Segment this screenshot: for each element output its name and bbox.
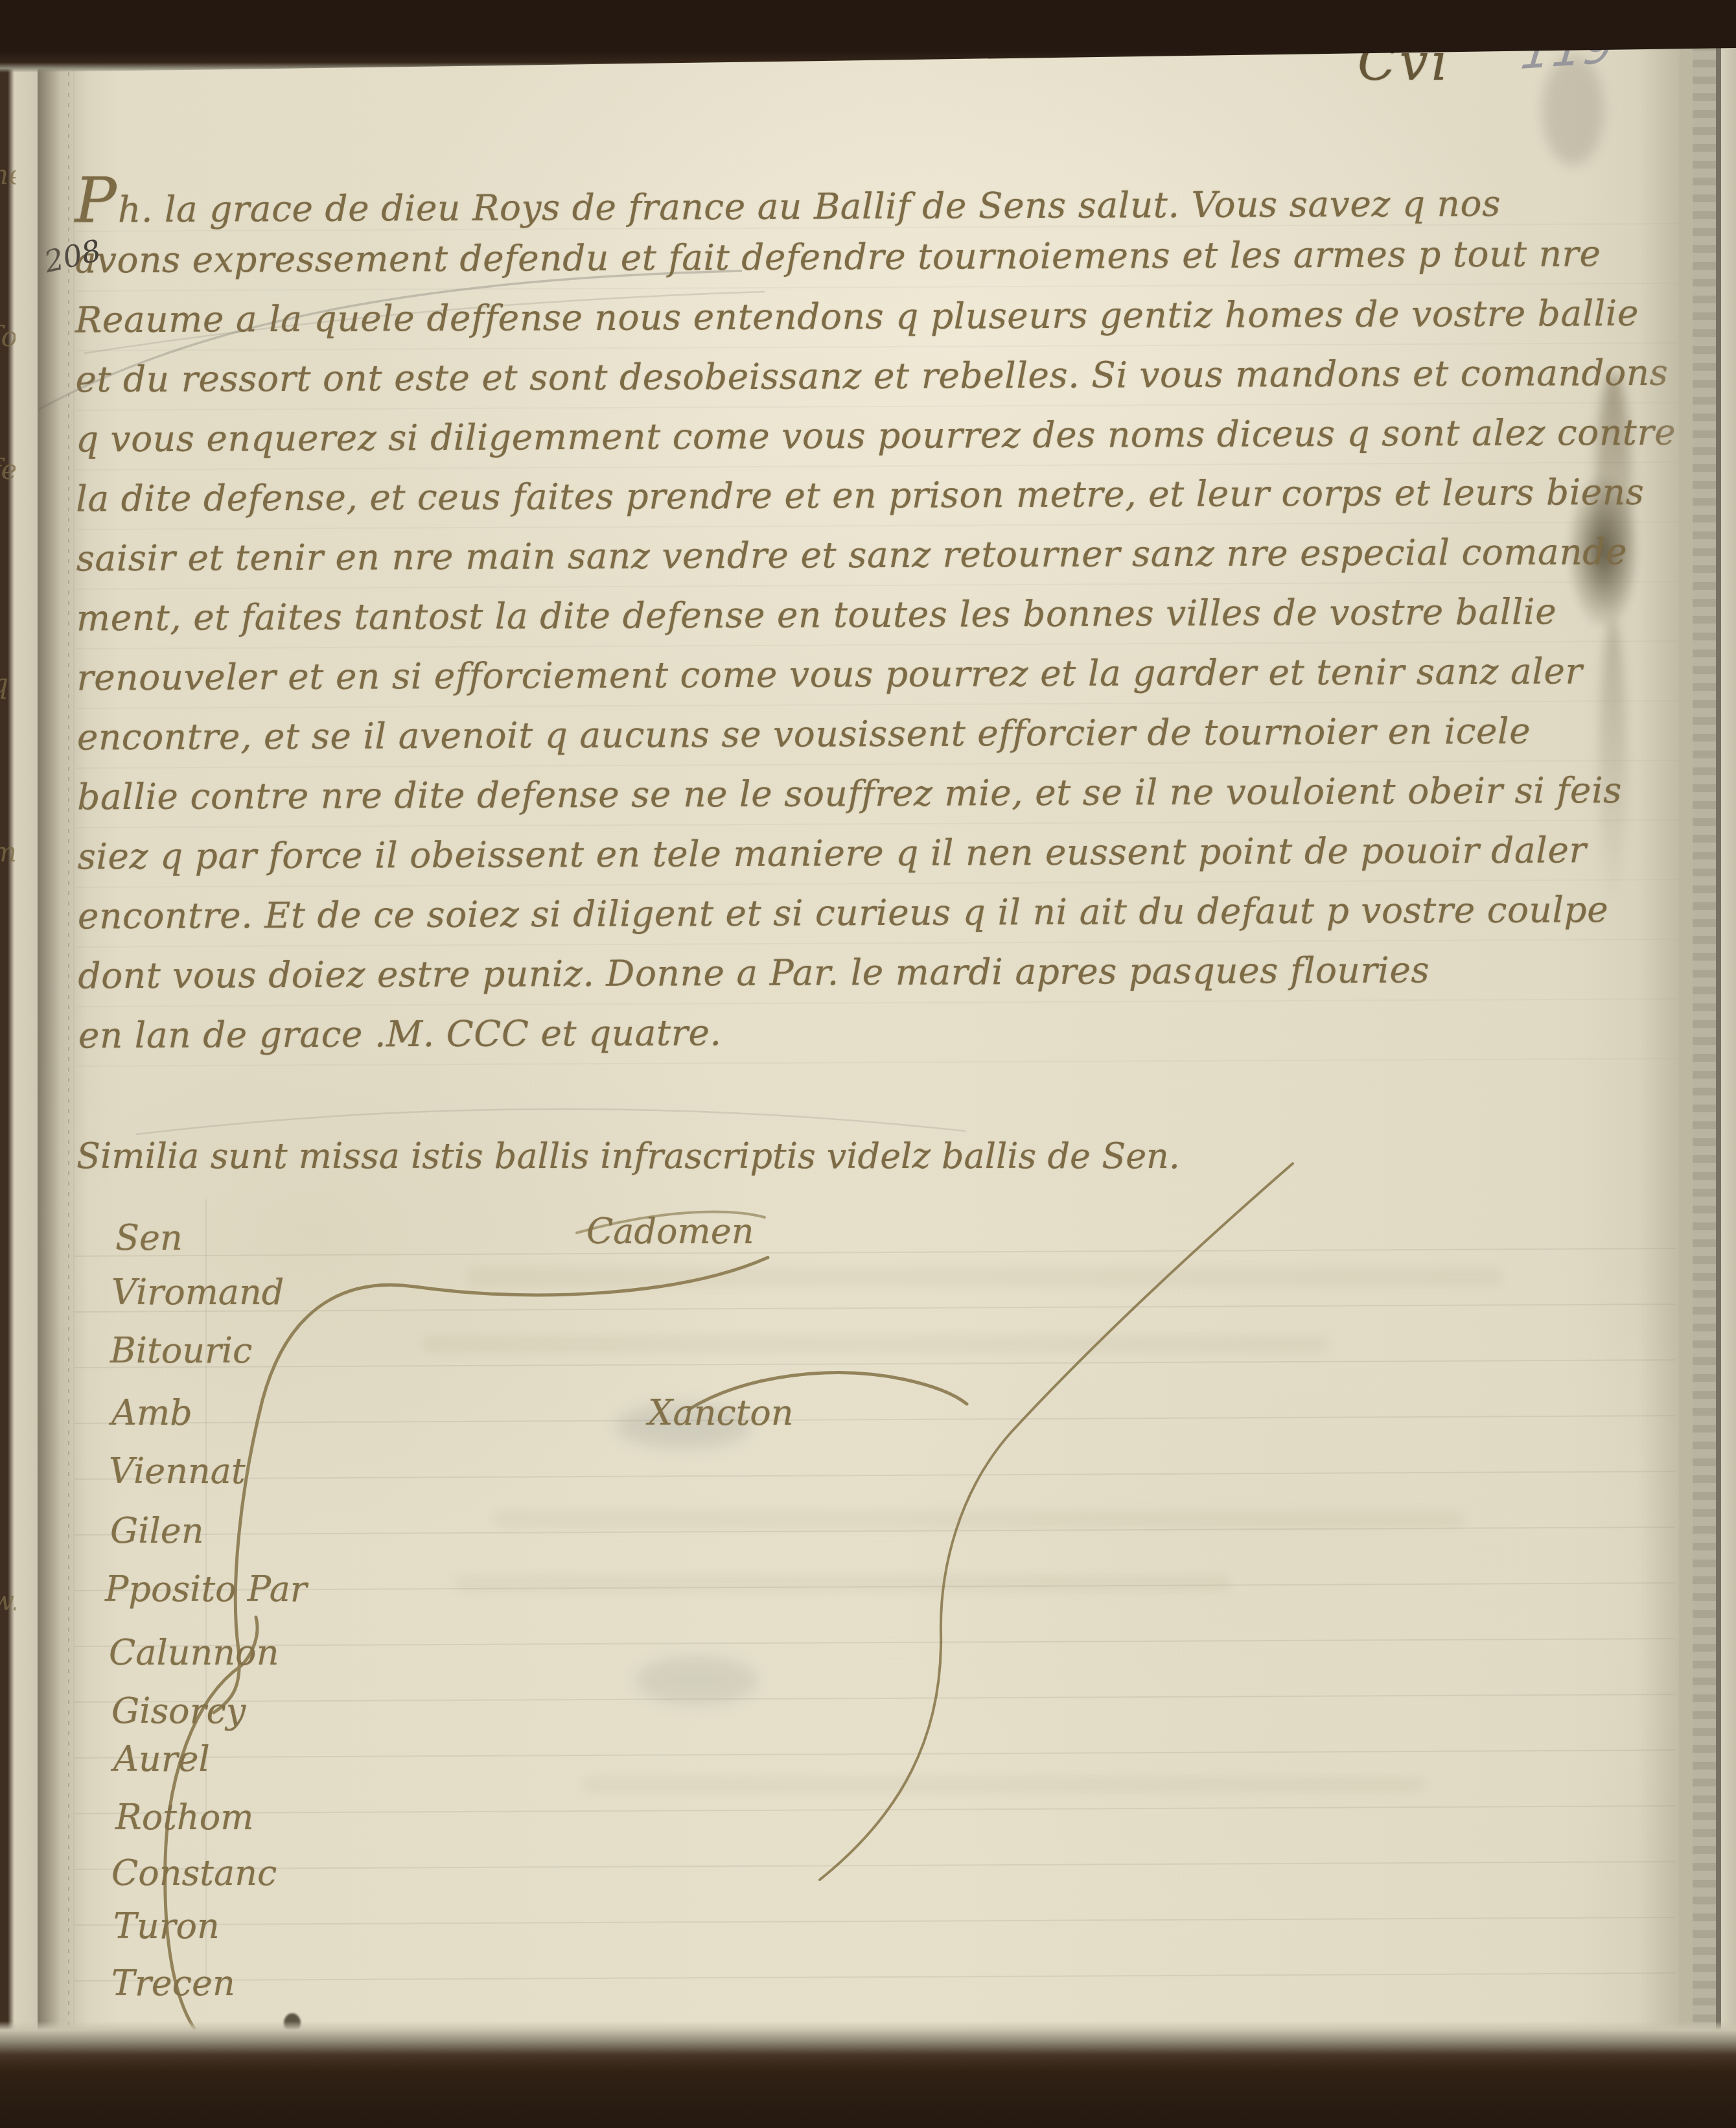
letter-line: en lan de grace .M. CCC et quatre. [78, 999, 1685, 1066]
recipient-coutances: Constanc [111, 1853, 277, 1893]
recipient-gilen: Gilen [110, 1510, 203, 1551]
edge-text-fragment: ſo [0, 321, 16, 353]
recipient-caen: Cadomen [586, 1211, 754, 1252]
show-through-ghost [421, 1335, 1328, 1353]
recipient-vienne: Viennat [109, 1451, 246, 1491]
recipient-bourges: Bitouric [110, 1330, 252, 1371]
binding-bottom-band [0, 2021, 1736, 2128]
letter-line: q vous enquerez si diligemment come vous… [76, 403, 1683, 469]
letter-line: renouveler et en si efforciement come vo… [76, 641, 1684, 708]
page-right-shading [1638, 0, 1680, 2128]
letter-line: et du ressort ont este et sont desobeiss… [75, 343, 1682, 410]
letter-line: Ph. la grace de dieu Roys de france au B… [75, 164, 1682, 231]
letter-line: encontre. Et de ce soiez si diligent et … [78, 880, 1685, 946]
grey-smudge [635, 1656, 758, 1705]
recipient-orleans: Aurel [113, 1738, 210, 1779]
letter-line: ment, et faites tantost la dite defense … [76, 581, 1684, 648]
edge-text-fragment: fe [0, 454, 16, 485]
edge-text-fragment: m [0, 836, 16, 868]
recipient-amiens: Amb [111, 1392, 192, 1433]
letter-line: saisir et tenir en nre main sanz vendre … [76, 522, 1683, 589]
letter-text-block: Ph. la grace de dieu Roys de france au B… [75, 164, 1685, 1066]
edge-text-fragment: w. [0, 1585, 16, 1617]
show-through-ghost [492, 1510, 1464, 1528]
rubric-note: Similia sunt missa istis ballis infrascr… [76, 1136, 1180, 1176]
facing-page-edge [0, 0, 39, 2128]
letter-line: Reaume a la quele deffense nous entendon… [75, 283, 1682, 350]
letter-line: ballie contre nre dite defense se ne le … [77, 760, 1684, 827]
recipient-saintonge: Xancton [648, 1392, 794, 1433]
page-fore-edge [1680, 0, 1694, 2128]
recipient-sens: Sen [115, 1217, 183, 1258]
recipient-gisors: Gisorcy [111, 1690, 246, 1731]
recipient-vermandois: Viromand [111, 1272, 284, 1313]
letter-line: la dite defense, et ceus faites prendre … [76, 462, 1683, 529]
gutter-shadow [38, 0, 88, 2128]
recipient-prevot-paris: Pposito Par [105, 1569, 307, 1609]
recipient-chaumont: Calunnon [109, 1632, 279, 1673]
edge-text-fragment: ne [0, 159, 16, 191]
letter-line: dont vous doiez estre puniz. Donne a Par… [78, 939, 1685, 1006]
recipient-troyes: Trecen [111, 1963, 235, 2004]
recipient-tours: Turon [113, 1906, 220, 1947]
manuscript-page-photo: Ph. la grace de dieu Roys de france au B… [0, 0, 1736, 2128]
recipient-rouen: Rothom [115, 1797, 253, 1838]
next-leaf-edge [1721, 0, 1736, 2128]
leaf-edges [1693, 0, 1717, 2128]
letter-line: encontre, et se il avenoit q aucuns se v… [77, 701, 1684, 767]
letter-line: avons expressement defendu et fait defen… [75, 224, 1682, 290]
show-through-ghost [583, 1776, 1426, 1793]
show-through-ghost [467, 1267, 1503, 1287]
show-through-ghost [454, 1575, 1231, 1592]
letter-line: siez q par force il obeissent en tele ma… [77, 820, 1684, 887]
edge-text-fragment: q [0, 668, 16, 699]
